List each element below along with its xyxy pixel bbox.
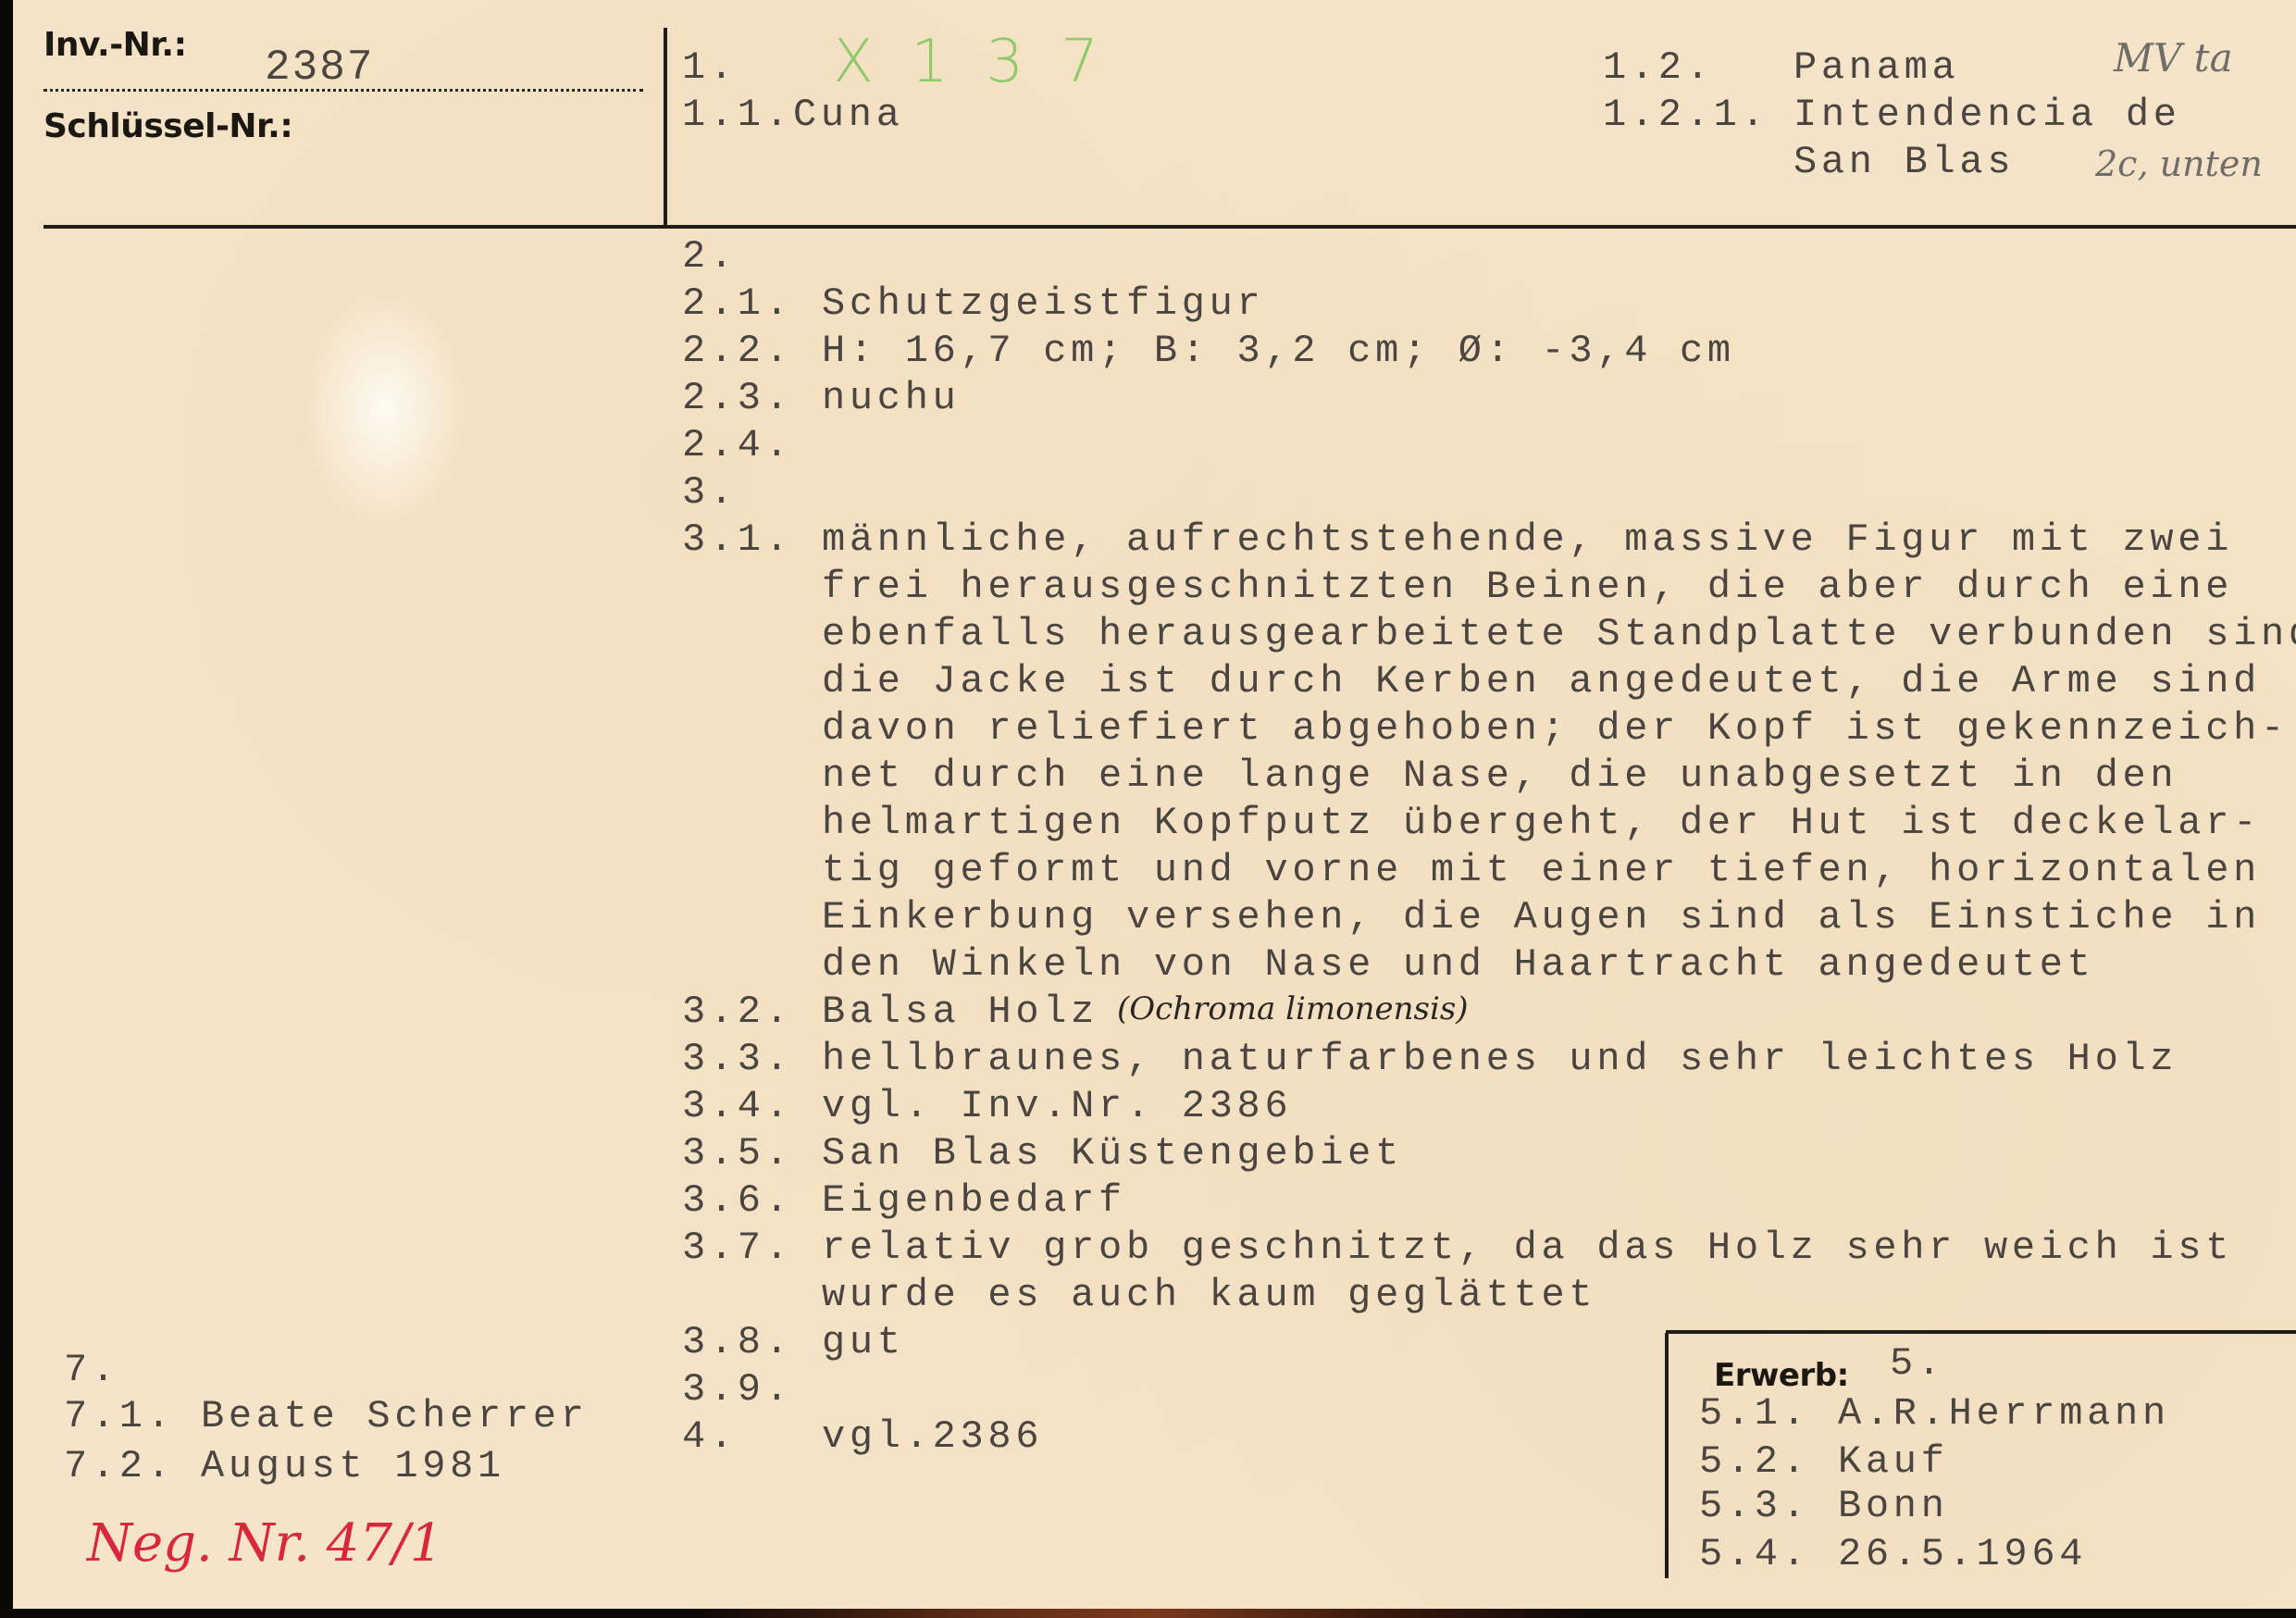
field-value: wurde es auch kaum geglättet [822, 1272, 1596, 1319]
field-number: 4. [682, 1413, 738, 1461]
description-line: net durch eine lange Nase, die unabgeset… [822, 753, 2178, 800]
inv-nr-value: 2387 [265, 44, 374, 92]
field-value: A.R.Herrmann [1838, 1390, 2170, 1438]
field-1-2-1-number: 1.2.1. [1603, 92, 1769, 139]
field-1-2-1-value-line2: San Blas [1793, 139, 2015, 186]
botanical-handwritten-note: (Ochroma limonensis) [1117, 990, 1469, 1027]
field-number: 2.3. [682, 375, 793, 422]
field-number: 5.1. [1699, 1390, 1810, 1438]
inv-nr-dotted-line [43, 89, 643, 92]
header-horizontal-rule [43, 225, 2296, 229]
field-1-2-1-value-line1: Intendencia de [1793, 92, 2181, 139]
description-line: frei herausgeschnitzten Beinen, die aber… [822, 564, 2233, 611]
field-number: 3.4. [682, 1083, 793, 1130]
field-7-number: 7. [64, 1347, 119, 1394]
green-pencil-mark: X 1 3 7 [833, 28, 1108, 96]
field-1-1-value: Cuna [793, 92, 904, 139]
field-value: vgl. Inv.Nr. 2386 [822, 1083, 1292, 1130]
erwerb-label: Erwerb: [1714, 1357, 1849, 1394]
field-number: 2.4. [682, 422, 793, 469]
field-number: 3.5. [682, 1130, 793, 1177]
field-value: relativ grob geschnitzt, da das Holz seh… [822, 1225, 2233, 1272]
inv-nr-label: Inv.-Nr.: [43, 26, 187, 64]
field-value: San Blas Küstengebiet [822, 1130, 1403, 1177]
field-1-1-number: 1.1. [682, 92, 793, 139]
field-value: Balsa Holz [822, 989, 1098, 1036]
field-value: Kauf [1838, 1438, 1949, 1486]
field-value: gut [822, 1319, 905, 1366]
field-value: nuchu [822, 375, 961, 422]
field-number: 3.9. [682, 1366, 793, 1413]
field-3-1-number: 3.1. [682, 517, 793, 564]
field-7-1-number: 7.1. [64, 1393, 175, 1440]
field-1-number: 1. [682, 44, 738, 92]
red-negative-number-note: Neg. Nr. 47/1 [87, 1513, 443, 1574]
field-number: 5.2. [1699, 1438, 1810, 1486]
header-vertical-divider [664, 28, 667, 227]
field-value: Schutzgeistfigur [822, 280, 1264, 328]
field-number: 3.2. [682, 989, 793, 1036]
field-value: Eigenbedarf [822, 1177, 1126, 1225]
field-number: 2. [682, 233, 738, 280]
catalog-card: Inv.-Nr.: 2387 Schlüssel-Nr.: 1. 1.1. Cu… [13, 0, 2296, 1609]
description-line: männliche, aufrechtstehende, massive Fig… [822, 517, 2233, 564]
field-7-2-number: 7.2. [64, 1443, 175, 1490]
field-number: 5.4. [1699, 1531, 1810, 1578]
pencil-note-second: 2c, unten [2095, 143, 2263, 184]
schluessel-nr-label: Schlüssel-Nr.: [43, 107, 292, 145]
field-7-1-value: Beate Scherrer [201, 1393, 589, 1440]
field-value: H: 16,7 cm; B: 3,2 cm; Ø: -3,4 cm [822, 328, 1735, 375]
description-line: Einkerbung versehen, die Augen sind als … [822, 894, 2261, 941]
description-line: die Jacke ist durch Kerben angedeutet, d… [822, 658, 2261, 705]
field-value: vgl.2386 [822, 1413, 1043, 1461]
acquisition-top-rule [1666, 1330, 2296, 1334]
acquisition-vertical-rule [1665, 1333, 1669, 1578]
field-number: 2.2. [682, 328, 793, 375]
field-value: 26.5.1964 [1838, 1531, 2087, 1578]
field-value: Bonn [1838, 1483, 1949, 1530]
field-5-number: 5. [1890, 1340, 1945, 1388]
description-line: helmartigen Kopfputz übergeht, der Hut i… [822, 800, 2261, 847]
field-number: 3.8. [682, 1319, 793, 1366]
field-1-2-number: 1.2. [1603, 44, 1714, 92]
pencil-note-top-right: MV ta [2114, 35, 2233, 81]
description-line: davon reliefiert abgehoben; der Kopf ist… [822, 705, 2289, 753]
description-line: tig geformt und vorne mit einer tiefen, … [822, 847, 2261, 894]
field-number: 3.3. [682, 1036, 793, 1083]
field-number: 3.7. [682, 1225, 793, 1272]
field-1-2-value: Panama [1793, 44, 1959, 92]
field-value: hellbraunes, naturfarbenes und sehr leic… [822, 1036, 2178, 1083]
scan-background-edge [0, 1609, 2296, 1618]
description-line: den Winkeln von Nase und Haartracht ange… [822, 941, 2095, 989]
field-number: 3.6. [682, 1177, 793, 1225]
field-number: 2.1. [682, 280, 793, 328]
field-number: 5.3. [1699, 1483, 1810, 1530]
field-7-2-value: August 1981 [201, 1443, 505, 1490]
field-3-number: 3. [682, 469, 738, 517]
description-line: ebenfalls herausgearbeitete Standplatte … [822, 611, 2296, 658]
